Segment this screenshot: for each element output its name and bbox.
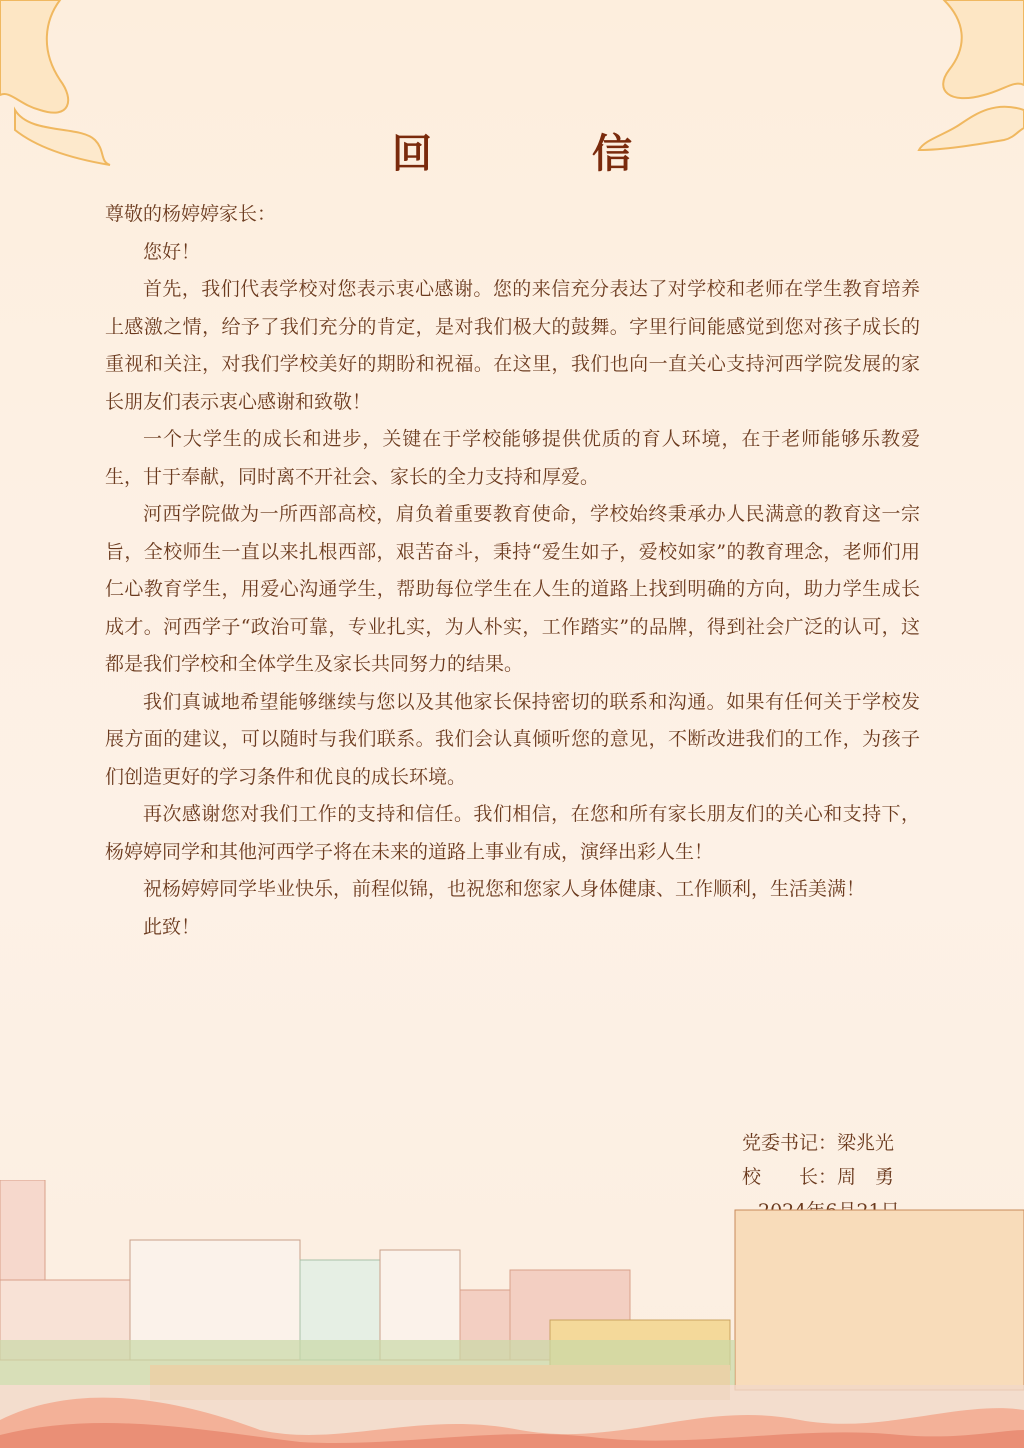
paragraph-5: 再次感谢您对我们工作的支持和信任。我们相信，在您和所有家长朋友们的关心和支持下，… — [105, 796, 920, 871]
paragraph-1: 首先，我们代表学校对您表示衷心感谢。您的来信充分表达了对学校和老师在学生教育培养… — [105, 271, 920, 421]
paragraph-4: 我们真诚地希望能够继续与您以及其他家长保持密切的联系和沟通。如果有任何关于学校发… — [105, 684, 920, 797]
letter-title: 回 信 — [0, 122, 1024, 179]
salutation: 尊敬的杨婷婷家长： — [105, 196, 920, 234]
campus-scenery-illustration — [0, 1180, 1024, 1448]
opening: 您好！ — [105, 234, 920, 272]
closing: 此致！ — [105, 909, 920, 947]
paragraph-3: 河西学院做为一所西部高校，肩负着重要教育使命，学校始终秉承办人民满意的教育这一宗… — [105, 496, 920, 684]
paragraph-2: 一个大学生的成长和进步，关键在于学校能够提供优质的育人环境，在于老师能够乐教爱生… — [105, 421, 920, 496]
paragraph-6: 祝杨婷婷同学毕业快乐，前程似锦，也祝您和您家人身体健康、工作顺利，生活美满！ — [105, 871, 920, 909]
letter-body: 尊敬的杨婷婷家长： 您好！ 首先，我们代表学校对您表示衷心感谢。您的来信充分表达… — [105, 196, 920, 946]
signature-secretary: 党委书记：梁兆光 — [742, 1126, 900, 1160]
